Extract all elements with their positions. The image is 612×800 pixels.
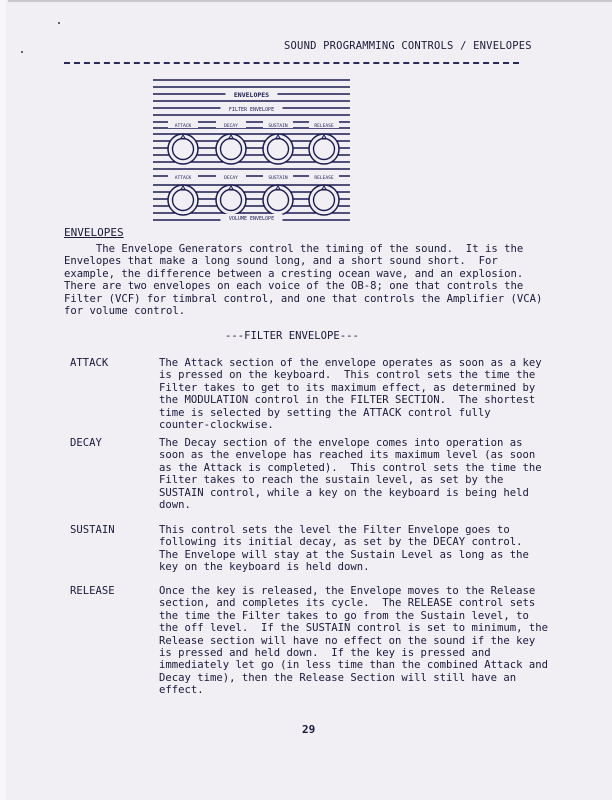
volume-knob-attack bbox=[168, 185, 198, 215]
header-rule bbox=[64, 62, 519, 64]
filter-knob-decay bbox=[216, 134, 246, 164]
volume-knob-decay bbox=[216, 185, 246, 215]
filter-label-sustain: SUSTAIN bbox=[268, 123, 288, 129]
envelope-panel-diagram: ENVELOPESFILTER ENVELOPEATTACKDECAYSUSTA… bbox=[153, 78, 350, 223]
volume-label-sustain: SUSTAIN bbox=[268, 175, 288, 181]
definition-decay: The Decay section of the envelope comes … bbox=[159, 437, 539, 511]
scan-speck bbox=[21, 51, 23, 53]
envelope-panel-illustration: ENVELOPESFILTER ENVELOPEATTACKDECAYSUSTA… bbox=[153, 78, 350, 223]
volume-knob-sustain bbox=[263, 185, 293, 215]
volume-label-attack: ATTACK bbox=[175, 175, 192, 181]
filter-label-attack: ATTACK bbox=[175, 123, 192, 129]
term-decay: DECAY bbox=[70, 437, 102, 449]
term-attack: ATTACK bbox=[70, 357, 108, 369]
filter-knob-sustain bbox=[263, 134, 293, 164]
diagram-title: ENVELOPES bbox=[234, 91, 269, 99]
intro-paragraph: The Envelope Generators control the timi… bbox=[64, 243, 534, 317]
page-edge bbox=[0, 0, 6, 800]
filter-envelope-label: FILTER ENVELOPE bbox=[229, 107, 274, 113]
section-heading: ENVELOPES bbox=[64, 226, 124, 239]
term-release: RELEASE bbox=[70, 585, 115, 597]
filter-knob-release bbox=[309, 134, 339, 164]
volume-knob-release bbox=[309, 185, 339, 215]
page-number: 29 bbox=[302, 723, 315, 736]
page-edge bbox=[8, 0, 612, 2]
volume-label-decay: DECAY bbox=[224, 175, 238, 181]
running-head: SOUND PROGRAMMING CONTROLS / ENVELOPES bbox=[284, 40, 532, 52]
volume-envelope-label: VOLUME ENVELOPE bbox=[229, 216, 274, 222]
definition-attack: The Attack section of the envelope opera… bbox=[159, 357, 539, 431]
filter-envelope-subheading: ---FILTER ENVELOPE--- bbox=[225, 330, 359, 342]
filter-knob-attack bbox=[168, 134, 198, 164]
filter-label-release: RELEASE bbox=[314, 123, 334, 129]
scan-speck bbox=[58, 22, 60, 24]
filter-label-decay: DECAY bbox=[224, 123, 238, 129]
volume-label-release: RELEASE bbox=[314, 175, 334, 181]
term-sustain: SUSTAIN bbox=[70, 524, 115, 536]
definition-release: Once the key is released, the Envelope m… bbox=[159, 585, 539, 697]
definition-sustain: This control sets the level the Filter E… bbox=[159, 524, 539, 574]
